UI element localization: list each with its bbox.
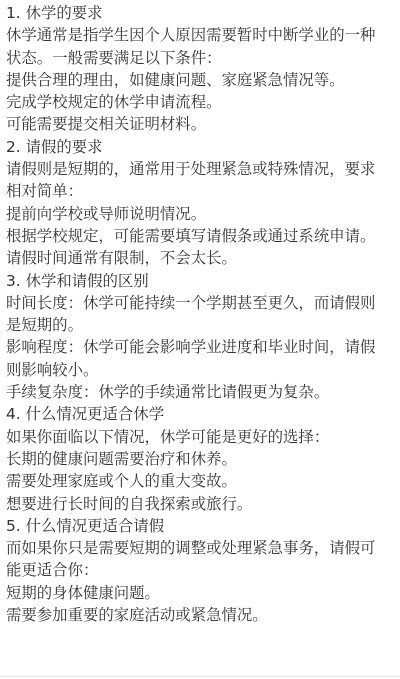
paragraph-line: 是短期的。	[6, 314, 398, 336]
paragraph-line: 状态。一般需要满足以下条件：	[6, 47, 398, 69]
paragraph-line: 可能需要提交相关证明材料。	[6, 113, 398, 135]
paragraph-line: 手续复杂度：休学的手续通常比请假更为复杂。	[6, 381, 398, 403]
paragraph-line: 短期的身体健康问题。	[6, 582, 398, 604]
section-heading: 3. 休学和请假的区别	[6, 270, 398, 292]
paragraph-line: 请假则是短期的，通常用于处理紧急或特殊情况，要求	[6, 158, 398, 180]
paragraph-line: 提前向学校或导师说明情况。	[6, 203, 398, 225]
paragraph-line: 想要进行长时间的自我探索或旅行。	[6, 493, 398, 515]
paragraph-line: 长期的健康问题需要治疗和休养。	[6, 448, 398, 470]
paragraph-line: 需要参加重要的家庭活动或紧急情况。	[6, 604, 398, 626]
paragraph-line: 时间长度：休学可能持续一个学期甚至更久，而请假则	[6, 292, 398, 314]
paragraph-line: 需要处理家庭或个人的重大变故。	[6, 470, 398, 492]
article-body: 1. 休学的要求 休学通常是指学生因个人原因需要暂时中断学业的一种 状态。一般需…	[0, 0, 398, 626]
paragraph-line: 则影响较小。	[6, 359, 398, 381]
section-3: 3. 休学和请假的区别 时间长度：休学可能持续一个学期甚至更久，而请假则 是短期…	[6, 270, 398, 404]
paragraph-line: 根据学校规定，可能需要填写请假条或通过系统申请。	[6, 225, 398, 247]
section-heading: 2. 请假的要求	[6, 136, 398, 158]
section-1: 1. 休学的要求 休学通常是指学生因个人原因需要暂时中断学业的一种 状态。一般需…	[6, 2, 398, 136]
paragraph-line: 休学通常是指学生因个人原因需要暂时中断学业的一种	[6, 24, 398, 46]
paragraph-line: 如果你面临以下情况，休学可能是更好的选择：	[6, 426, 398, 448]
section-5: 5. 什么情况更适合请假 而如果你只是需要短期的调整或处理紧急事务，请假可 能更…	[6, 515, 398, 626]
paragraph-line: 能更适合你：	[6, 559, 398, 581]
section-2: 2. 请假的要求 请假则是短期的，通常用于处理紧急或特殊情况，要求 相对简单： …	[6, 136, 398, 270]
section-heading: 5. 什么情况更适合请假	[6, 515, 398, 537]
paragraph-line: 提供合理的理由，如健康问题、家庭紧急情况等。	[6, 69, 398, 91]
paragraph-line: 请假时间通常有限制，不会太长。	[6, 247, 398, 269]
paragraph-line: 完成学校规定的休学申请流程。	[6, 91, 398, 113]
section-4: 4. 什么情况更适合休学 如果你面临以下情况，休学可能是更好的选择： 长期的健康…	[6, 403, 398, 514]
paragraph-line: 相对简单：	[6, 180, 398, 202]
section-heading: 1. 休学的要求	[6, 2, 398, 24]
divider	[0, 676, 400, 677]
paragraph-line: 而如果你只是需要短期的调整或处理紧急事务，请假可	[6, 537, 398, 559]
section-heading: 4. 什么情况更适合休学	[6, 403, 398, 425]
paragraph-line: 影响程度：休学可能会影响学业进度和毕业时间，请假	[6, 336, 398, 358]
